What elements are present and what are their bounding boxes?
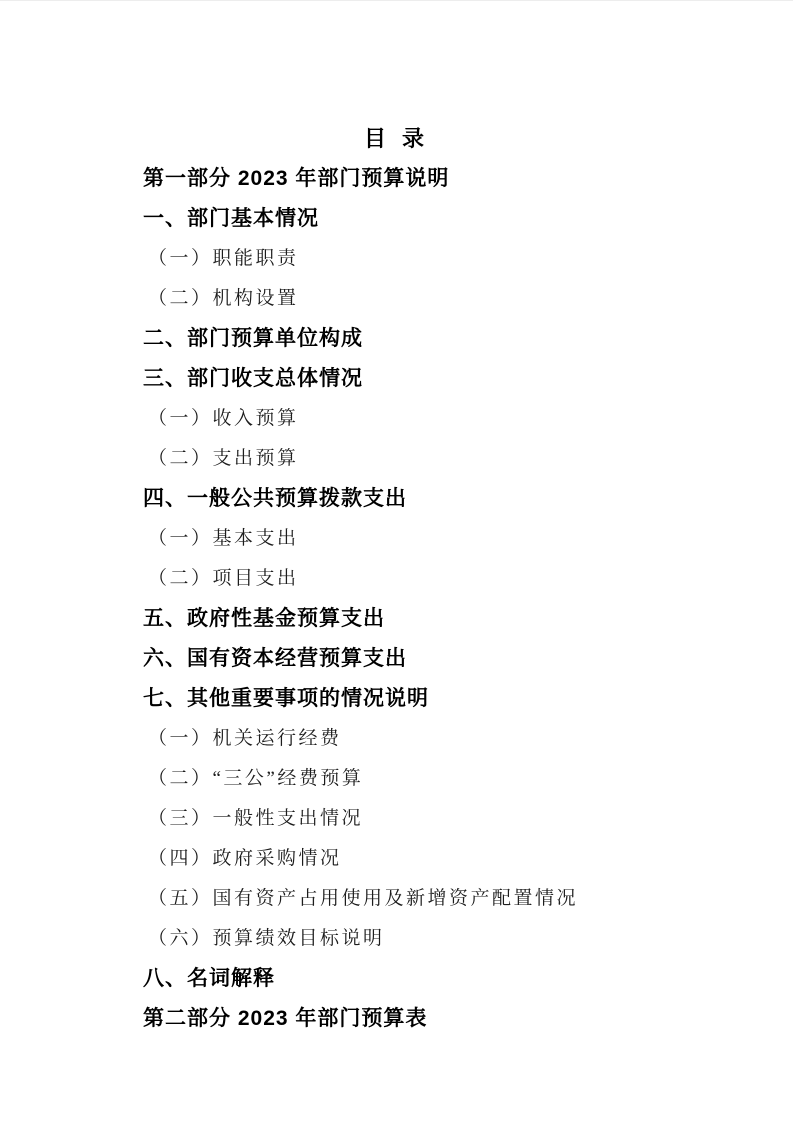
toc-entry: （一）职能职责 xyxy=(0,239,793,279)
toc-entry: 七、其他重要事项的情况说明 xyxy=(0,679,793,719)
toc-title: 目 录 xyxy=(0,119,793,159)
toc-entry: 一、部门基本情况 xyxy=(0,199,793,239)
toc-entry: （一）收入预算 xyxy=(0,399,793,439)
toc-entry: （二）支出预算 xyxy=(0,439,793,479)
toc-entry: 三、部门收支总体情况 xyxy=(0,359,793,399)
toc-entry: 二、部门预算单位构成 xyxy=(0,319,793,359)
toc-entry: 四、一般公共预算拨款支出 xyxy=(0,479,793,519)
toc-entry: 第二部分 2023 年部门预算表 xyxy=(0,999,793,1039)
toc-entry: （二）机构设置 xyxy=(0,279,793,319)
toc-entry: 五、政府性基金预算支出 xyxy=(0,599,793,639)
toc-entry: （二）“三公”经费预算 xyxy=(0,759,793,799)
toc-entry: （三）一般性支出情况 xyxy=(0,799,793,839)
toc-entry: （四）政府采购情况 xyxy=(0,839,793,879)
toc-list: 第一部分 2023 年部门预算说明一、部门基本情况（一）职能职责（二）机构设置二… xyxy=(0,159,793,1039)
toc-entry: 六、国有资本经营预算支出 xyxy=(0,639,793,679)
toc-entry: 第一部分 2023 年部门预算说明 xyxy=(0,159,793,199)
toc-entry: （五）国有资产占用使用及新增资产配置情况 xyxy=(0,879,793,919)
document-page: 目 录 第一部分 2023 年部门预算说明一、部门基本情况（一）职能职责（二）机… xyxy=(0,0,793,1122)
toc-entry: （六）预算绩效目标说明 xyxy=(0,919,793,959)
toc-entry: （一）基本支出 xyxy=(0,519,793,559)
toc-entry: （一）机关运行经费 xyxy=(0,719,793,759)
toc-entry: 八、名词解释 xyxy=(0,959,793,999)
toc-entry: （二）项目支出 xyxy=(0,559,793,599)
